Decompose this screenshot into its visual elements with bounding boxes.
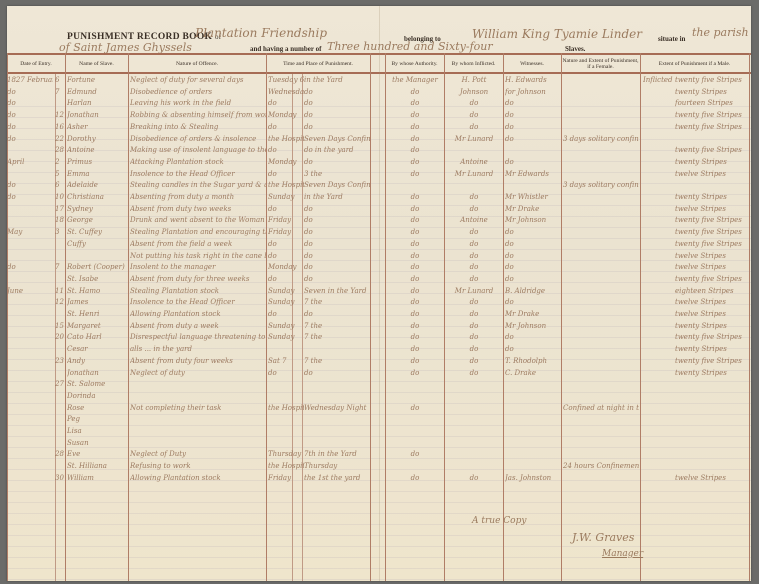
row-offence: Drunk and went absent to the Woman (130, 216, 266, 224)
row-place: in the Yard (304, 76, 370, 84)
row-place: do (304, 88, 370, 96)
row-name: Asher (67, 123, 127, 131)
row-month: May (7, 228, 53, 236)
row-time: the Hospital (268, 462, 304, 470)
parish-line-1: the parish (692, 26, 749, 39)
row-witness: do (505, 135, 560, 143)
row-authority: do (387, 158, 443, 166)
row-name: St. Hilliana (67, 462, 127, 470)
row-time: Thursday (268, 450, 304, 458)
row-authority: the Manager (387, 76, 443, 84)
row-authority: do (387, 333, 443, 341)
row-place: do (304, 240, 370, 248)
row-male: twelve Stripes (675, 310, 749, 318)
row-place: Seven Days Confinement (304, 135, 370, 143)
row-day: 3 (55, 228, 65, 236)
row-place: do (304, 252, 370, 260)
row-inflicted: do (446, 474, 502, 482)
row-female: Confined at night in the Sick House (563, 404, 639, 412)
row-day: 6 (55, 76, 65, 84)
row-authority: do (387, 205, 443, 213)
row-time: do (268, 252, 304, 260)
row-witness: Mr Drake (505, 205, 560, 213)
row-name: James (67, 298, 127, 306)
row-time: Sunday (268, 333, 304, 341)
row-authority: do (387, 88, 443, 96)
row-name: Rose (67, 404, 127, 412)
row-witness: do (505, 158, 560, 166)
row-place: do (304, 158, 370, 166)
row-male: twenty Stripes (675, 158, 749, 166)
row-offence: Insolent to the manager (130, 263, 266, 271)
col-header-name: Name of Slave. (65, 55, 128, 73)
row-name: Cato Harl (67, 333, 127, 341)
row-month: do (7, 88, 53, 96)
row-male: twenty five Stripes (675, 357, 749, 365)
row-offence: Breaking into & Stealing (130, 123, 266, 131)
row-female: 3 days solitary confinement (563, 181, 639, 189)
row-authority: do (387, 263, 443, 271)
row-offence: Absent from duty four weeks (130, 357, 266, 365)
row-inflicted: do (446, 310, 502, 318)
row-time: the Hospital (268, 181, 304, 189)
row-place: do (304, 310, 370, 318)
row-authority: do (387, 298, 443, 306)
row-inflicted: do (446, 298, 502, 306)
row-inflicted: do (446, 252, 502, 260)
plantation-name: Plantation Friendship (195, 26, 327, 40)
row-place: do (304, 216, 370, 224)
row-male: twenty five Stripes (675, 240, 749, 248)
row-witness: Mr Johnson (505, 322, 560, 330)
row-time: do (268, 275, 304, 283)
row-name: St. Isabe (67, 275, 127, 283)
row-witness: do (505, 240, 560, 248)
row-name: Cuffy (67, 240, 127, 248)
row-month: do (7, 193, 53, 201)
row-authority: do (387, 322, 443, 330)
row-day: 12 (55, 111, 65, 119)
row-name: Peg (67, 415, 127, 423)
row-male: twenty five Stripes (675, 216, 749, 224)
row-witness: do (505, 111, 560, 119)
row-witness: Jas. Johnston (505, 474, 560, 482)
col-header-witnesses: Witnesses. (503, 55, 561, 73)
row-male: twelve Stripes (675, 170, 749, 178)
row-time: do (268, 310, 304, 318)
row-name: Harlan (67, 99, 127, 107)
row-offence: Insolence to the Head Officer (130, 298, 266, 306)
row-offence: Attacking Plantation stock (130, 158, 266, 166)
row-inflicted: Antoine (446, 216, 502, 224)
row-authority: do (387, 123, 443, 131)
row-offence: Neglect of Duty (130, 450, 266, 458)
row-offence: Not putting his task right in the cane b… (130, 252, 266, 260)
row-authority: do (387, 228, 443, 236)
row-inflicted: do (446, 193, 502, 201)
row-male: twenty Stripes (675, 322, 749, 330)
row-witness: do (505, 275, 560, 283)
row-male: twelve Stripes (675, 252, 749, 260)
row-offence: Stealing candles in the Sugar yard & qua… (130, 181, 266, 189)
row-time: the Hospital (268, 135, 304, 143)
row-offence: Absent from duty two weeks (130, 205, 266, 213)
row-male: twenty five Stripes (675, 228, 749, 236)
row-place: Wednesday Night (304, 404, 370, 412)
row-authority: do (387, 252, 443, 260)
row-inflicted: do (446, 275, 502, 283)
row-place: in the Yard (304, 193, 370, 201)
row-authority: do (387, 240, 443, 248)
col-divider (561, 53, 562, 581)
row-witness: do (505, 298, 560, 306)
row-name: St. Hamo (67, 287, 127, 295)
row-month: do (7, 111, 53, 119)
row-time: do (268, 240, 304, 248)
row-day: 7 (55, 88, 65, 96)
row-authority: do (387, 99, 443, 107)
row-name: Dorinda (67, 392, 127, 400)
row-time: do (268, 123, 304, 131)
row-day: 28 (55, 450, 65, 458)
row-name: Antoine (67, 146, 127, 154)
row-place: Seven Days Confinement (304, 181, 370, 189)
col-divider (749, 53, 750, 581)
row-inflicted: Mr Lunard (446, 170, 502, 178)
row-day: 20 (55, 333, 65, 341)
col-header-female: Nature and Extent of Punishment, if a Fe… (561, 55, 640, 73)
owner-name: William King Tyamie Linder (472, 27, 642, 41)
manager-title: Manager (602, 549, 643, 559)
row-male: twenty five Stripes (675, 111, 749, 119)
row-name: Margaret (67, 322, 127, 330)
row-name: Andy (67, 357, 127, 365)
row-time: the Hospital (268, 404, 304, 412)
row-offence: Stealing Plantation and encouraging thei… (130, 228, 266, 236)
row-authority: do (387, 404, 443, 412)
row-authority: do (387, 170, 443, 178)
row-offence: Neglect of duty (130, 369, 266, 377)
row-male: twenty five Stripes (675, 123, 749, 131)
punishment-record-page: PUNISHMENT RECORD BOOK of Plantation Fri… (7, 6, 751, 581)
row-witness: Mr Drake (505, 310, 560, 318)
row-witness: C. Drake (505, 369, 560, 377)
row-place: 7th in the Yard (304, 450, 370, 458)
row-inflicted: Mr Lunard (446, 287, 502, 295)
col-header-date: Date of Entry. (7, 55, 65, 73)
row-inflicted: do (446, 228, 502, 236)
row-day: 30 (55, 474, 65, 482)
row-witness: Mr Whistler (505, 193, 560, 201)
row-offence: alls ... in the yard (130, 345, 266, 353)
row-day: 5 (55, 170, 65, 178)
row-day: 23 (55, 357, 65, 365)
row-time: Wednesday 7th (268, 88, 304, 96)
row-authority: do (387, 357, 443, 365)
row-inflicted: do (446, 357, 502, 365)
row-offence: Disobedience of orders (130, 88, 266, 96)
col-header-inflicted: By whom Inflicted. (444, 55, 503, 73)
row-name: Sydney (67, 205, 127, 213)
row-offence: Refusing to work (130, 462, 266, 470)
row-inflicted: do (446, 111, 502, 119)
row-female: 3 days solitary confinement (563, 135, 639, 143)
row-inflicted: Antoine (446, 158, 502, 166)
row-offence: Stealing Plantation stock (130, 287, 266, 295)
row-offence: Absent from duty for three weeks (130, 275, 266, 283)
row-male: twenty five Stripes (675, 333, 749, 341)
row-name: St. Henri (67, 310, 127, 318)
row-place: do (304, 275, 370, 283)
row-time: Tuesday 6th (268, 76, 304, 84)
row-authority: do (387, 369, 443, 377)
row-name: Fortune (67, 76, 127, 84)
row-day: 22 (55, 135, 65, 143)
row-day: 7 (55, 263, 65, 271)
row-name: Jonathan (67, 369, 127, 377)
row-place: do in the yard (304, 146, 370, 154)
row-day: 10 (55, 193, 65, 201)
row-month: 1827 February (7, 76, 53, 84)
row-inflicted: do (446, 263, 502, 271)
row-name: Susan (67, 439, 127, 447)
row-offence: Absent from duty a week (130, 322, 266, 330)
row-inflicted: do (446, 123, 502, 131)
row-place: do (304, 228, 370, 236)
row-day: 2 (55, 158, 65, 166)
row-name: Jonathan (67, 111, 127, 119)
row-authority: do (387, 345, 443, 353)
row-time: do (268, 369, 304, 377)
row-inflicted: do (446, 333, 502, 341)
row-time: Monday (268, 158, 304, 166)
row-offence: Not completing their task (130, 404, 266, 412)
row-offence: Insolence to the Head Officer (130, 170, 266, 178)
row-name: George (67, 216, 127, 224)
row-time: do (268, 205, 304, 213)
row-witness: do (505, 99, 560, 107)
row-inflicted: do (446, 205, 502, 213)
row-day: 11 (55, 287, 65, 295)
having-label: and having a number of (250, 45, 321, 53)
row-offence: Making use of insolent language to the g… (130, 146, 266, 154)
row-male: twelve Stripes (675, 263, 749, 271)
row-day: 12 (55, 298, 65, 306)
row-place: 7 the (304, 357, 370, 365)
row-name: Lisa (67, 427, 127, 435)
row-time: do (268, 170, 304, 178)
row-month: do (7, 181, 53, 189)
row-inflicted: do (446, 240, 502, 248)
row-place: do (304, 111, 370, 119)
col-header-time-place: Time and Place of Punishment. (266, 55, 370, 73)
row-time: Friday (268, 474, 304, 482)
row-month: April (7, 158, 53, 166)
row-male: twenty Stripes (675, 88, 749, 96)
row-month: do (7, 123, 53, 131)
row-name: St. Cuffey (67, 228, 127, 236)
row-authority: do (387, 135, 443, 143)
row-authority: do (387, 193, 443, 201)
row-offence: Absenting from duty a month (130, 193, 266, 201)
row-witness: do (505, 228, 560, 236)
col-header-offence: Nature of Offence. (128, 55, 266, 73)
row-male: twelve Stripes (675, 474, 749, 482)
row-offence: Disrespectful language threatening to ex… (130, 333, 266, 341)
row-time: Sunday (268, 287, 304, 295)
row-authority: do (387, 310, 443, 318)
col-divider (370, 53, 371, 581)
row-time: Sunday (268, 322, 304, 330)
row-place: do (304, 99, 370, 107)
row-inflicted: Mr Lunard (446, 135, 502, 143)
row-authority: do (387, 111, 443, 119)
row-place: the 1st the yard (304, 474, 370, 482)
col-divider (640, 53, 641, 581)
col-header-authority: By whose Authority. (385, 55, 444, 73)
row-name: Robert (Cooper) (67, 263, 127, 271)
row-place: 7 the (304, 322, 370, 330)
row-male: twenty five Stripes (675, 275, 749, 283)
row-male: twenty five Stripes (675, 146, 749, 154)
row-name: Adelaide (67, 181, 127, 189)
row-witness: T. Rhodolph (505, 357, 560, 365)
row-place: 7 the (304, 333, 370, 341)
row-witness: do (505, 123, 560, 131)
row-time: do (268, 99, 304, 107)
situate-label: situate in (658, 35, 685, 43)
row-inflicted: H. Pott (446, 76, 502, 84)
row-time: Sunday (268, 193, 304, 201)
row-time: Sat 7 (268, 357, 304, 365)
row-inflicted: Johnson (446, 88, 502, 96)
row-offence: Allowing Plantation stock (130, 474, 266, 482)
row-day: 17 (55, 205, 65, 213)
col-header-male: Extent of Punishment if a Male. (640, 55, 749, 73)
row-day: 16 (55, 123, 65, 131)
row-place: do (304, 263, 370, 271)
row-inflicted: do (446, 99, 502, 107)
row-name: Edmund (67, 88, 127, 96)
row-place: Thursday (304, 462, 370, 470)
row-witness: for Johnson (505, 88, 560, 96)
true-copy-note: A true Copy (472, 516, 526, 526)
row-witness: H. Edwards (505, 76, 560, 84)
row-male: twenty Stripes (675, 345, 749, 353)
row-day: 28 (55, 146, 65, 154)
row-male: twelve Stripes (675, 205, 749, 213)
row-month: June (7, 287, 53, 295)
row-male: fourteen Stripes (675, 99, 749, 107)
row-name: Christiana (67, 193, 127, 201)
row-authority: do (387, 275, 443, 283)
row-offence: Robbing & absenting himself from work (130, 111, 266, 119)
row-day: 6 (55, 181, 65, 189)
row-authority: do (387, 146, 443, 154)
row-witness: do (505, 333, 560, 341)
row-place: Seven in the Yard (304, 287, 370, 295)
row-time: do (268, 146, 304, 154)
row-witness: do (505, 263, 560, 271)
row-authority: do (387, 287, 443, 295)
row-time: Monday (268, 263, 304, 271)
row-place: do (304, 205, 370, 213)
row-inflicted: do (446, 369, 502, 377)
row-offence: Neglect of duty for several days (130, 76, 266, 84)
row-month: do (7, 135, 53, 143)
row-witness: do (505, 252, 560, 260)
row-male: twenty Stripes (675, 369, 749, 377)
row-time: Friday (268, 228, 304, 236)
row-time: Sunday (268, 298, 304, 306)
row-name: Emma (67, 170, 127, 178)
row-name: Cesar (67, 345, 127, 353)
row-male: twenty five Stripes (675, 76, 749, 84)
row-authority: do (387, 474, 443, 482)
row-offence: Allowing Plantation stock (130, 310, 266, 318)
row-inflicted: do (446, 322, 502, 330)
row-offence: Leaving his work in the field (130, 99, 266, 107)
row-time: Friday (268, 216, 304, 224)
row-authority: do (387, 450, 443, 458)
row-offence: Absent from the field a week (130, 240, 266, 248)
row-witness: do (505, 345, 560, 353)
row-inflicted: do (446, 345, 502, 353)
row-name: Eve (67, 450, 127, 458)
row-month: do (7, 99, 53, 107)
row-day: 18 (55, 216, 65, 224)
slave-count: Three hundred and Sixty-four (327, 40, 493, 53)
manager-signature: J.W. Graves (572, 531, 634, 544)
row-day: 27 (55, 380, 65, 388)
row-offence: Disobedience of orders & insolence (130, 135, 266, 143)
row-name: St. Salome (67, 380, 127, 388)
row-time: Monday (268, 111, 304, 119)
slaves-label: Slaves. (565, 45, 585, 53)
row-male: twelve Stripes (675, 298, 749, 306)
row-witness: Mr Edwards (505, 170, 560, 178)
row-place: do (304, 369, 370, 377)
row-name: Dorothy (67, 135, 127, 143)
row-witness: Mr Johnson (505, 216, 560, 224)
row-authority: do (387, 216, 443, 224)
row-place: do (304, 123, 370, 131)
row-male-prefix: Inflicted (643, 76, 673, 84)
row-female: 24 hours Confinement in Stocks & 1 day s… (563, 462, 639, 470)
row-name: Primus (67, 158, 127, 166)
row-name: William (67, 474, 127, 482)
row-place: 7 the (304, 298, 370, 306)
row-male: twenty Stripes (675, 193, 749, 201)
row-month: do (7, 263, 53, 271)
row-male: eighteen Stripes (675, 287, 749, 295)
row-witness: B. Aldridge (505, 287, 560, 295)
row-day: 15 (55, 322, 65, 330)
row-place: 3 the (304, 170, 370, 178)
